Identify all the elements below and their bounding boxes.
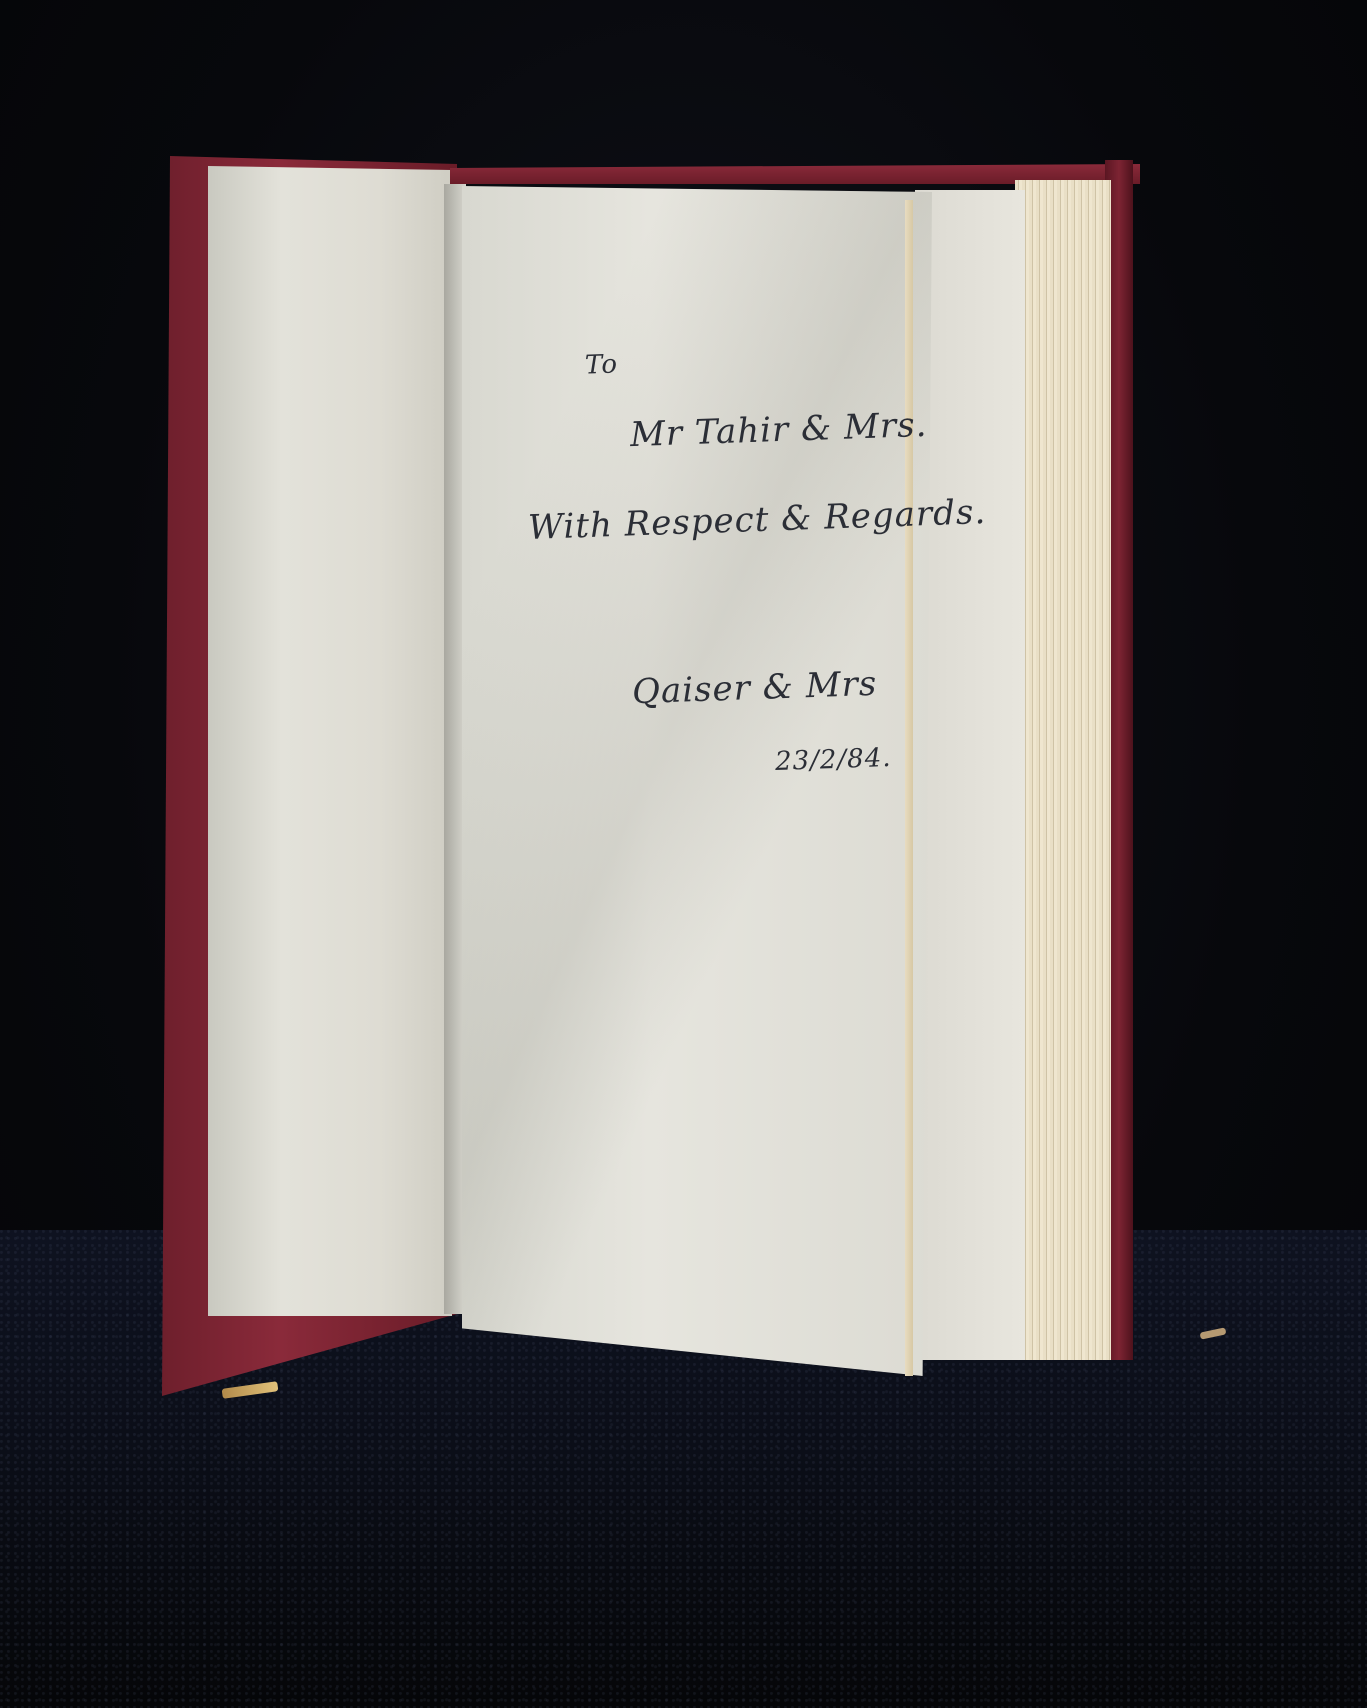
flyleaf-edge (905, 200, 913, 1376)
page-block-edges (1015, 180, 1111, 1360)
brass-clip (222, 1381, 279, 1399)
inscription-date: 23/2/84. (775, 743, 892, 777)
left-endpaper (208, 166, 452, 1316)
inscription-to: To (584, 349, 618, 380)
debris-fragment (1200, 1327, 1227, 1339)
open-book: To Mr Tahir & Mrs. With Respect & Regard… (0, 0, 1367, 1708)
inscription-signature: Qaiser & Mrs (631, 664, 877, 713)
right-page (915, 190, 1025, 1360)
flyleaf-page (462, 186, 932, 1376)
